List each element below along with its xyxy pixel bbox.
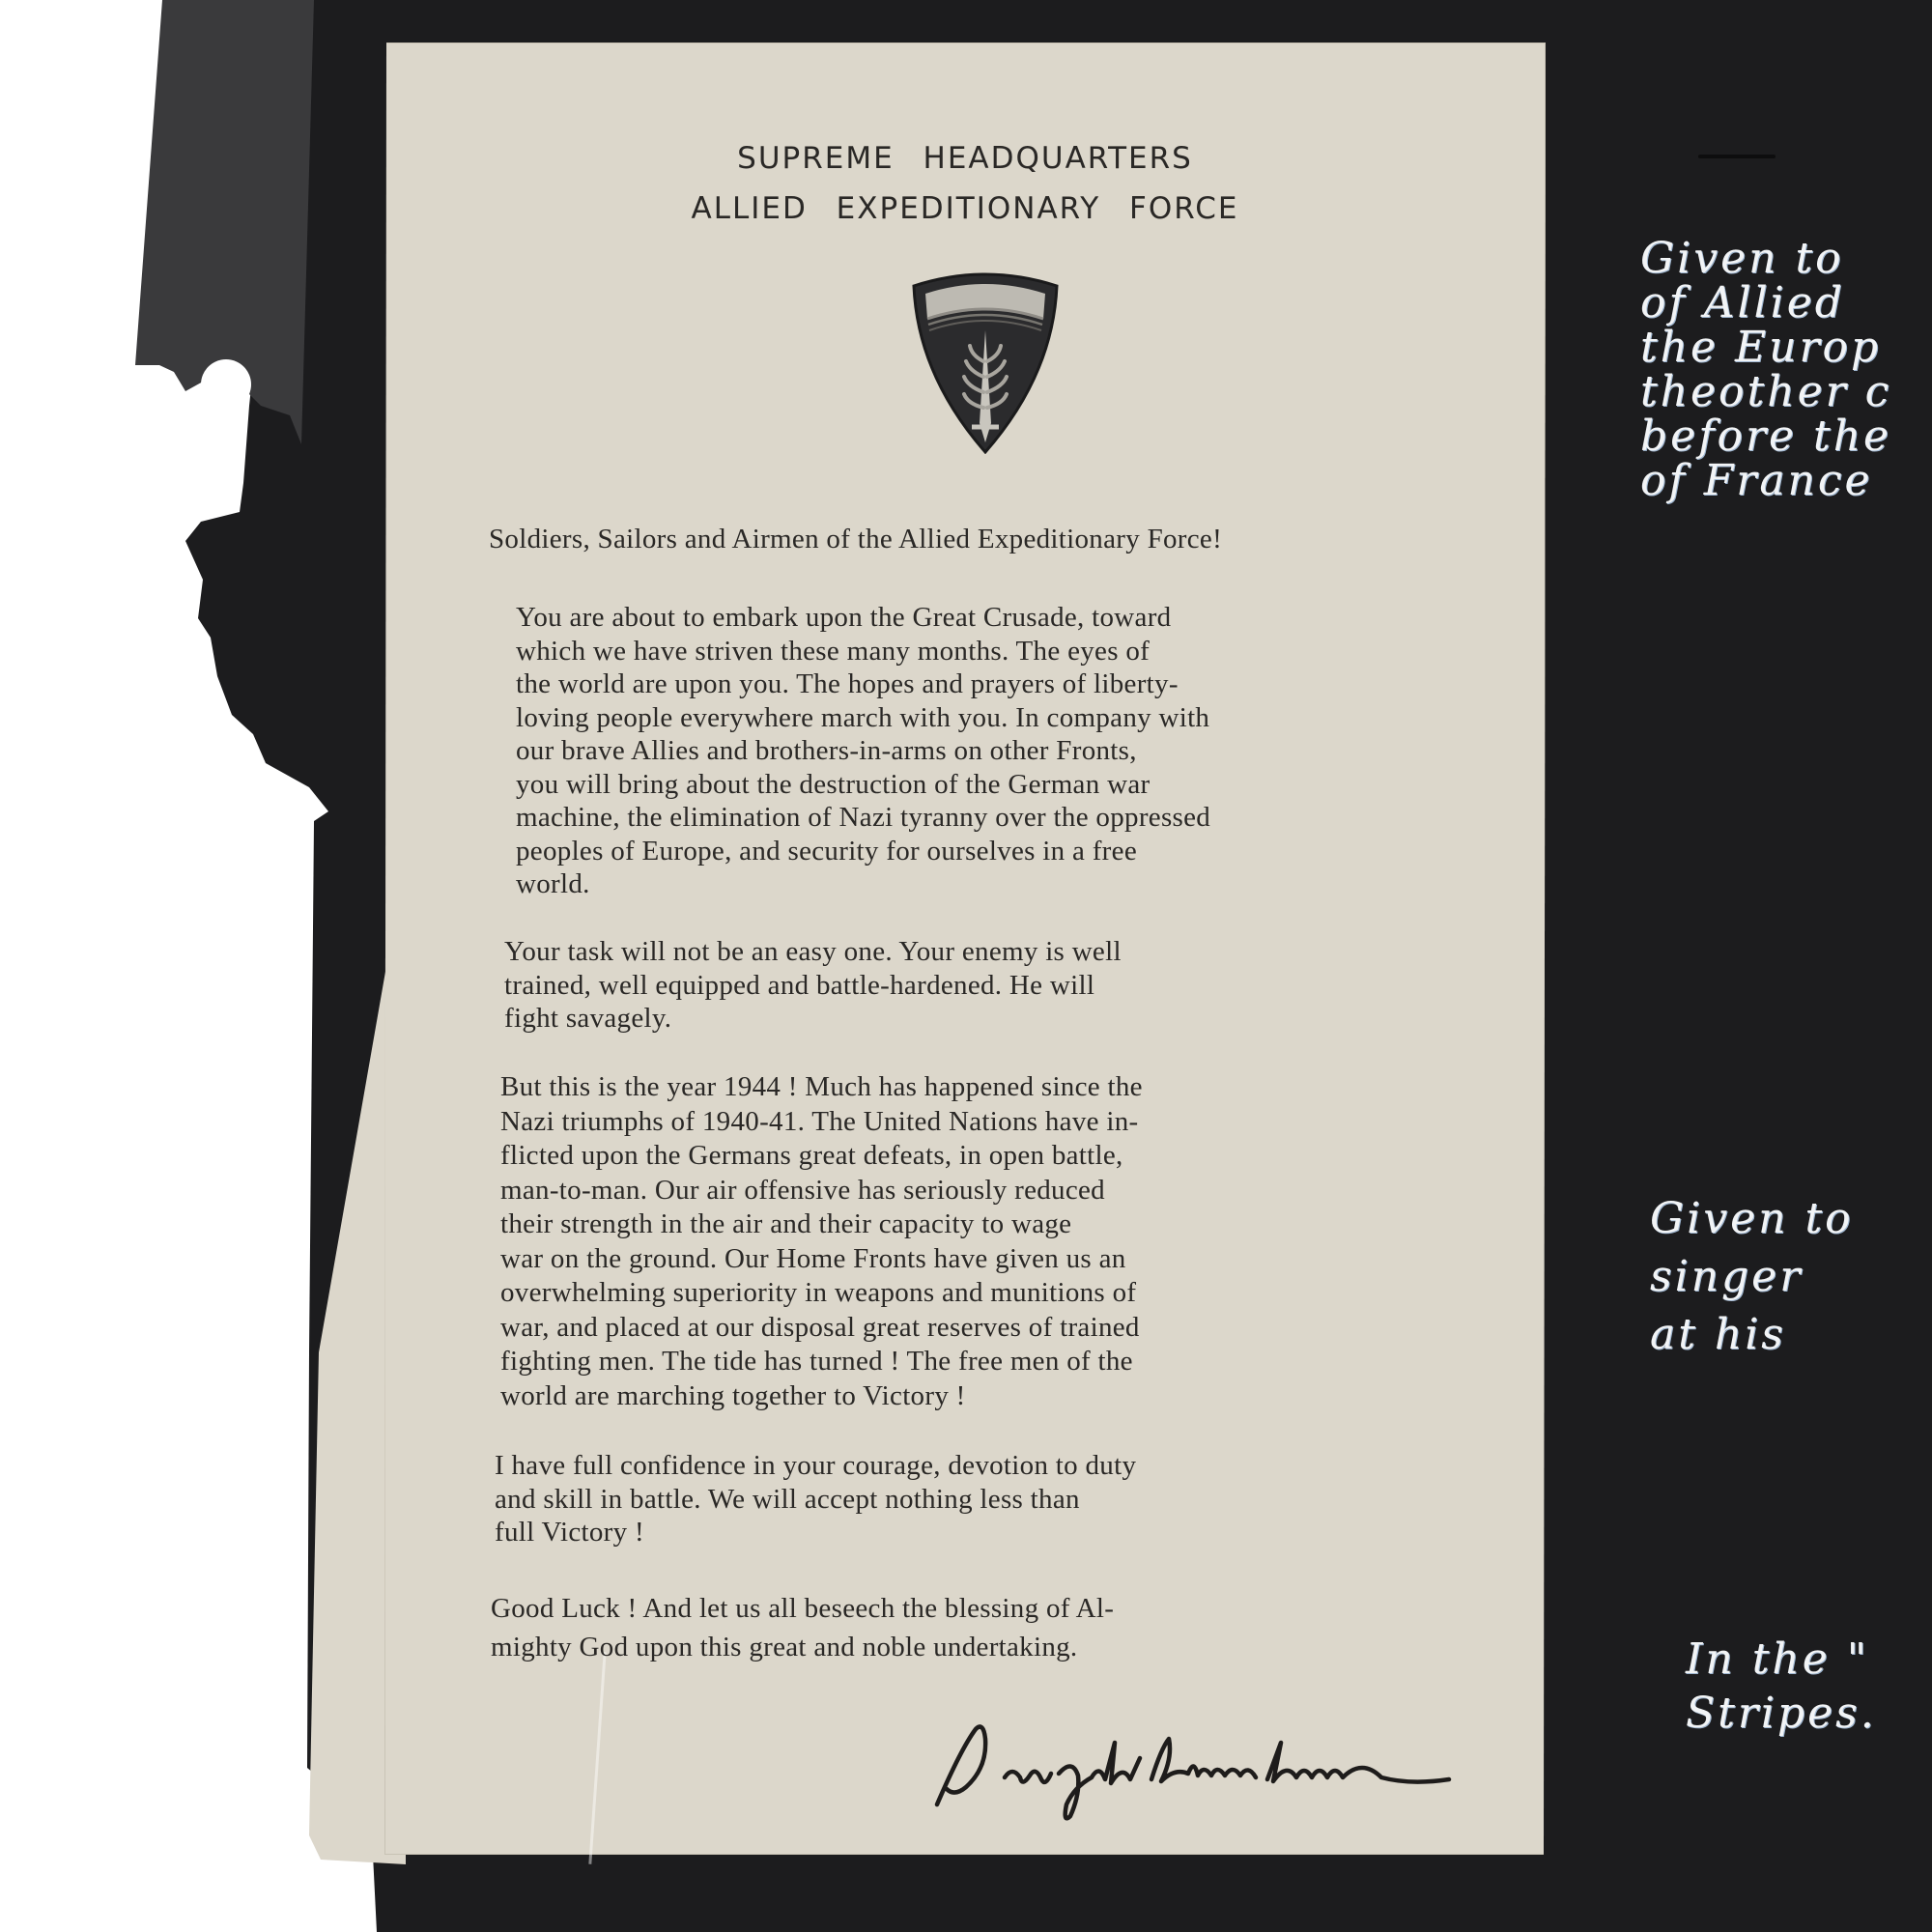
- punch-hole: [201, 359, 251, 410]
- paragraph-2: Your task will not be an easy one. Your …: [504, 935, 1432, 1036]
- paragraph-3: But this is the year 1944 ! Much has hap…: [500, 1070, 1428, 1413]
- handwritten-note-1: Given to of Allied the Europ theother c …: [1640, 237, 1891, 503]
- page-scuff-mark: [1698, 155, 1776, 158]
- paragraph-1: You are about to embark upon the Great C…: [516, 601, 1443, 901]
- eisenhower-signature: Dwight D. Eisenhower: [908, 1719, 1507, 1826]
- header-line-1: SUPREME HEADQUARTERS: [384, 133, 1546, 184]
- header-line-2: ALLIED EXPEDITIONARY FORCE: [384, 184, 1546, 234]
- handwritten-note-3: In the " Stripes.: [1686, 1633, 1877, 1741]
- paragraph-4: I have full confidence in your courage, …: [495, 1449, 1441, 1549]
- paragraph-5: Good Luck ! And let us all beseech the b…: [491, 1589, 1437, 1666]
- document-header: SUPREME HEADQUARTERS ALLIED EXPEDITIONAR…: [384, 133, 1546, 234]
- handwritten-note-2: Given to singer at his: [1650, 1190, 1854, 1364]
- salutation: Soldiers, Sailors and Airmen of the Alli…: [489, 524, 1222, 555]
- shaef-insignia-icon: [908, 269, 1063, 454]
